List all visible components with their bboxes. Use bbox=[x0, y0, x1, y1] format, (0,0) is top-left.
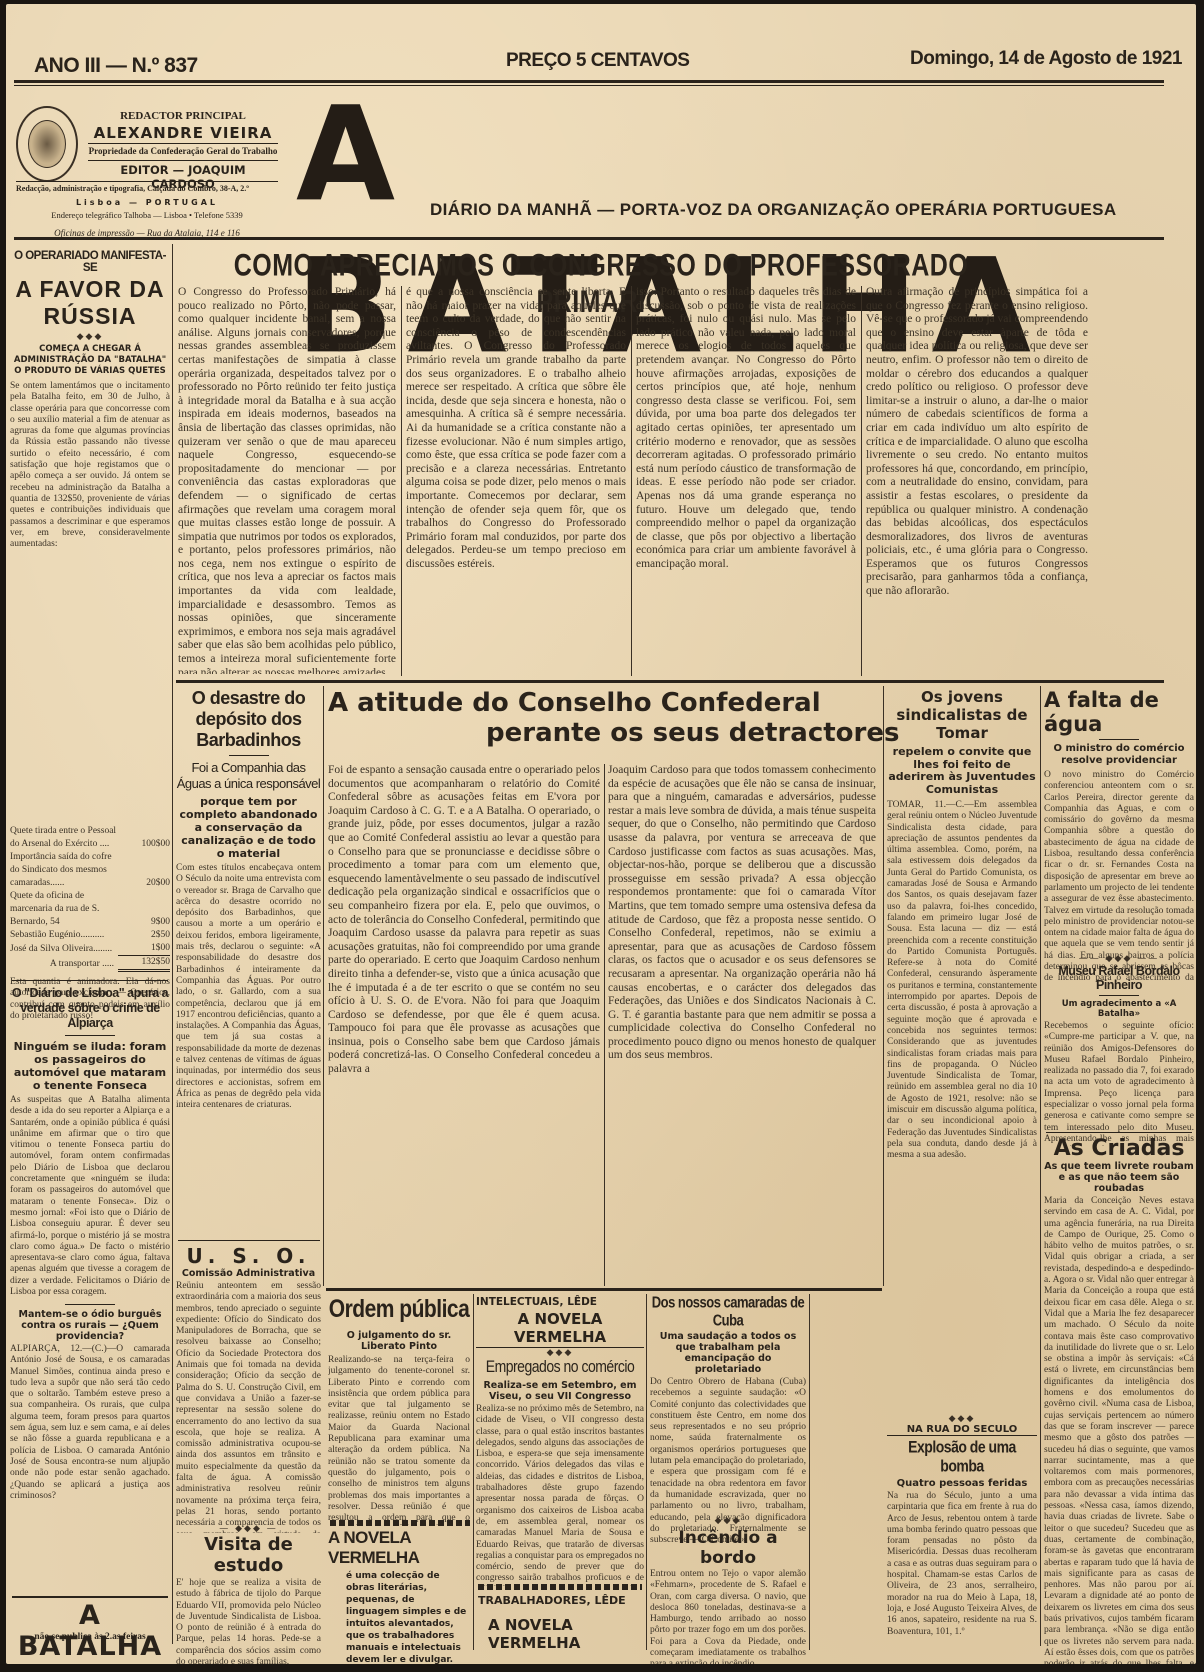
alpiarca-subhead: Ninguém se iluda: foram os passageiros d… bbox=[10, 1040, 170, 1092]
address-line: Redacção, administração e tipografia, Ca… bbox=[16, 184, 286, 193]
seculo-subhead: Quatro pessoas feridas bbox=[887, 1478, 1037, 1489]
ordem-body: Realizando-se na terça-feira o julgament… bbox=[328, 1355, 470, 1525]
alpiarca-body-2: ALPIARÇA, 12.—(C.)—O camarada António Jo… bbox=[10, 1344, 170, 1556]
ordem-article: Ordem pública O julgamento do sr. Libera… bbox=[328, 1298, 470, 1525]
barbadinhos-deck: porque tem por completo abandonado a con… bbox=[176, 795, 321, 860]
comercio-deck: Realiza-se em Setembro, em Viseu, o seu … bbox=[476, 1380, 644, 1402]
agua-headline: A falta de água bbox=[1044, 688, 1194, 736]
incendio-body: Entrou ontem no Tejo o vapor alemão «Feh… bbox=[650, 1569, 806, 1664]
alpiarca-headline: O "Diário de Lisboa" apura a verdade sôb… bbox=[10, 986, 170, 1031]
divider-ornament-icon: ◆◆◆ bbox=[650, 1516, 806, 1526]
visita-body: E' hoje que se realiza a visita de estud… bbox=[176, 1578, 321, 1664]
seculo-headline: Explosão de uma bomba bbox=[887, 1437, 1037, 1475]
alpiarca-article: O "Diário de Lisboa" apura a verdade sôb… bbox=[10, 986, 170, 1556]
agua-subhead: O ministro do comércio resolve providenc… bbox=[1044, 743, 1194, 767]
russia-subhead: COMEÇA A CHEGAR Á ADMINISTRAÇÃO DA "BATA… bbox=[10, 344, 170, 377]
notice-text: não se publica às 2.as feiras bbox=[10, 1632, 170, 1642]
main-article-col4: Outra afirmação de princípios simpática … bbox=[866, 286, 1088, 674]
tomar-article: Os jovens sindicalistas de Tomar repelem… bbox=[887, 688, 1037, 1390]
donation-row: Importância saída do cofre do Sindicato … bbox=[10, 851, 170, 890]
tomar-headline: Os jovens sindicalistas de Tomar bbox=[887, 688, 1037, 742]
visita-article: Visita de estudo E' hoje que se realiza … bbox=[176, 1534, 321, 1664]
novela-promo-title: A NOVELA VERMELHA bbox=[476, 1310, 644, 1346]
cuba-headline: Dos nossos camaradas de Cuba bbox=[650, 1293, 806, 1329]
ordem-headline: Ordem pública bbox=[328, 1296, 470, 1325]
donation-row: Quete tirada entre o Pessoal do Arsenal … bbox=[10, 825, 170, 851]
incendio-article: Incêndio a bordo Entrou ontem no Tejo o … bbox=[650, 1528, 806, 1664]
russia-kicker: O OPERARIADO MANIFESTA-SE bbox=[10, 250, 170, 274]
agua-article: A falta de água O ministro do comércio r… bbox=[1044, 688, 1194, 982]
novela-ad: A NOVELA VERMELHA é uma colecção de obra… bbox=[328, 1528, 470, 1664]
property-line: Propriedade da Confederação Geral do Tra… bbox=[88, 146, 278, 156]
newspaper-page: ANO III — N.º 837 PREÇO 5 CENTAVOS Domin… bbox=[6, 4, 1196, 1664]
russia-headline: A FAVOR DA RÚSSIA bbox=[10, 276, 170, 330]
donation-total-row: A transportar .....132$50 bbox=[10, 956, 170, 971]
comercio-article: INTELECTUAIS, LÊDE A NOVELA VERMELHA ◆◆◆… bbox=[476, 1296, 644, 1586]
barbadinhos-subhead: Foi a Companhia das Águas a única respon… bbox=[176, 760, 321, 792]
agua-body: O novo ministro do Comércio conferenciou… bbox=[1044, 770, 1194, 982]
ordem-subhead: O julgamento do sr. Liberato Pinto bbox=[328, 1330, 470, 1352]
barbadinhos-headline: O desastre do depósito dos Barbadinhos bbox=[176, 688, 321, 751]
criadas-article: As Criadas As que teem livrete roubam e … bbox=[1044, 1136, 1194, 1664]
conselho-col2: Joaquim Cardoso para que todos tomassem … bbox=[608, 764, 876, 1284]
main-article-col3: isso. Portanto o resultado daqueles três… bbox=[636, 286, 856, 674]
price: PREÇO 5 CENTAVOS bbox=[506, 50, 689, 72]
seculo-article: ◆◆◆ NA RUA DO SECULO Explosão de uma bom… bbox=[887, 1414, 1037, 1661]
donations-table: Quete tirada entre o Pessoal do Arsenal … bbox=[10, 825, 170, 972]
main-article-col2: é que a nossa consciência se sente liber… bbox=[406, 286, 626, 674]
issue-number: ANO III — N.º 837 bbox=[34, 54, 198, 78]
russia-body: Se ontem lamentámos que o incitamento pe… bbox=[10, 381, 170, 821]
issue-date: Domingo, 14 de Agosto de 1921 bbox=[910, 48, 1182, 70]
novela-ad-title: A NOVELA VERMELHA bbox=[328, 1528, 470, 1568]
visita-headline: Visita de estudo bbox=[176, 1534, 321, 1576]
redactor-label: REDACTOR PRINCIPAL bbox=[88, 110, 278, 122]
notice-title: A BATALHA bbox=[10, 1600, 170, 1662]
novela-promo2-kicker: TRABALHADORES, LÊDE bbox=[478, 1594, 642, 1607]
cgt-seal-icon bbox=[16, 106, 78, 182]
criadas-body: Maria da Conceição Neves estava servindo… bbox=[1044, 1196, 1194, 1664]
museu-article: Museu Rafael Bordalo Pinheiro Um agradec… bbox=[1044, 964, 1194, 1146]
donation-row: Sebastião Eugénio..........2$50 bbox=[10, 929, 170, 942]
alpiarca-body: As suspeitas que A Batalha alimenta desd… bbox=[10, 1095, 170, 1300]
donation-row: Quete da oficina de marcenaria da rua de… bbox=[10, 890, 170, 929]
main-article-col1: O Congresso do Professorado Primário, há… bbox=[178, 286, 396, 674]
wavy-divider bbox=[330, 1520, 470, 1526]
ornament-icon: ◆◆◆ bbox=[10, 332, 170, 342]
museu-headline: Museu Rafael Bordalo Pinheiro bbox=[1044, 964, 1194, 992]
alpiarca-subhead-2: Mantem-se o ódio burguês contra os rurai… bbox=[10, 1309, 170, 1342]
tomar-body: TOMAR, 11.—C.—Em assemblea geral reüniu … bbox=[887, 800, 1037, 1390]
criadas-subhead: As que teem livrete roubam e as que não … bbox=[1044, 1161, 1194, 1194]
newspaper-subtitle: DIÁRIO DA MANHÃ — PORTA-VOZ DA ORGANIZAÇ… bbox=[430, 200, 1117, 220]
city-line: Lisboa — PORTUGAL bbox=[16, 198, 278, 207]
uso-headline: U. S. O. bbox=[176, 1244, 321, 1268]
seculo-body: Na rua do Século, junto a uma carpintari… bbox=[887, 1491, 1037, 1661]
tomar-subhead: repelem o convite que lhes foi feito de … bbox=[887, 746, 1037, 796]
comercio-body: Realiza-se no próximo mês de Setembro, n… bbox=[476, 1404, 644, 1586]
criadas-headline: As Criadas bbox=[1044, 1136, 1194, 1161]
incendio-headline: Incêndio a bordo bbox=[650, 1528, 806, 1568]
donation-row: José da Silva Oliveira........1$00 bbox=[10, 942, 170, 956]
comercio-subhead: Empregados no comércio bbox=[476, 1356, 644, 1375]
russia-article: O OPERARIADO MANIFESTA-SE A FAVOR DA RÚS… bbox=[10, 250, 170, 1022]
barbadinhos-article: O desastre do depósito dos Barbadinhos F… bbox=[176, 688, 321, 1225]
museu-body: Recebemos o seguinte ofício: «Cumpre-me … bbox=[1044, 1021, 1194, 1146]
uso-body: Reüniu anteontem em sessão extraordinári… bbox=[176, 1281, 321, 1533]
divider-ornament-icon: —— ◆◆◆ —— bbox=[1044, 954, 1194, 964]
seculo-kicker: NA RUA DO SECULO bbox=[887, 1424, 1037, 1436]
novela-promo2-title: A NOVELA VERMELHA bbox=[488, 1616, 652, 1652]
museu-subhead: Um agradecimento a «A Batalha» bbox=[1044, 999, 1194, 1019]
cuba-subhead: Uma saudação a todos os que trabalham pe… bbox=[650, 1331, 806, 1375]
telegraph-line: Endereço telegráfico Talhoba — Lisboa • … bbox=[16, 210, 278, 220]
divider-ornament-icon: — ◆◆◆ — bbox=[176, 1524, 321, 1534]
conselho-headline-1: A atitude do Conselho Confederal bbox=[328, 688, 821, 718]
redactor-name: ALEXANDRE VIEIRA bbox=[88, 124, 278, 142]
novela-promo-kicker: INTELECTUAIS, LÊDE bbox=[476, 1296, 644, 1308]
conselho-headline-2: perante os seus detractores bbox=[486, 718, 899, 748]
uso-article: U. S. O. Comissão Administrativa Reüniu … bbox=[176, 1244, 321, 1533]
uso-subhead: Comissão Administrativa bbox=[176, 1268, 321, 1279]
novela-ad-text: é uma colecção de obras literárias, pequ… bbox=[328, 1570, 470, 1664]
wavy-divider bbox=[478, 1584, 642, 1590]
conselho-col1: Foi de espanto a sensação causada entre … bbox=[328, 764, 600, 1284]
barbadinhos-body: Com estes títulos encabeçava ontem O Séc… bbox=[176, 863, 321, 1225]
divider-ornament-icon: ◆◆◆ bbox=[887, 1414, 1037, 1424]
